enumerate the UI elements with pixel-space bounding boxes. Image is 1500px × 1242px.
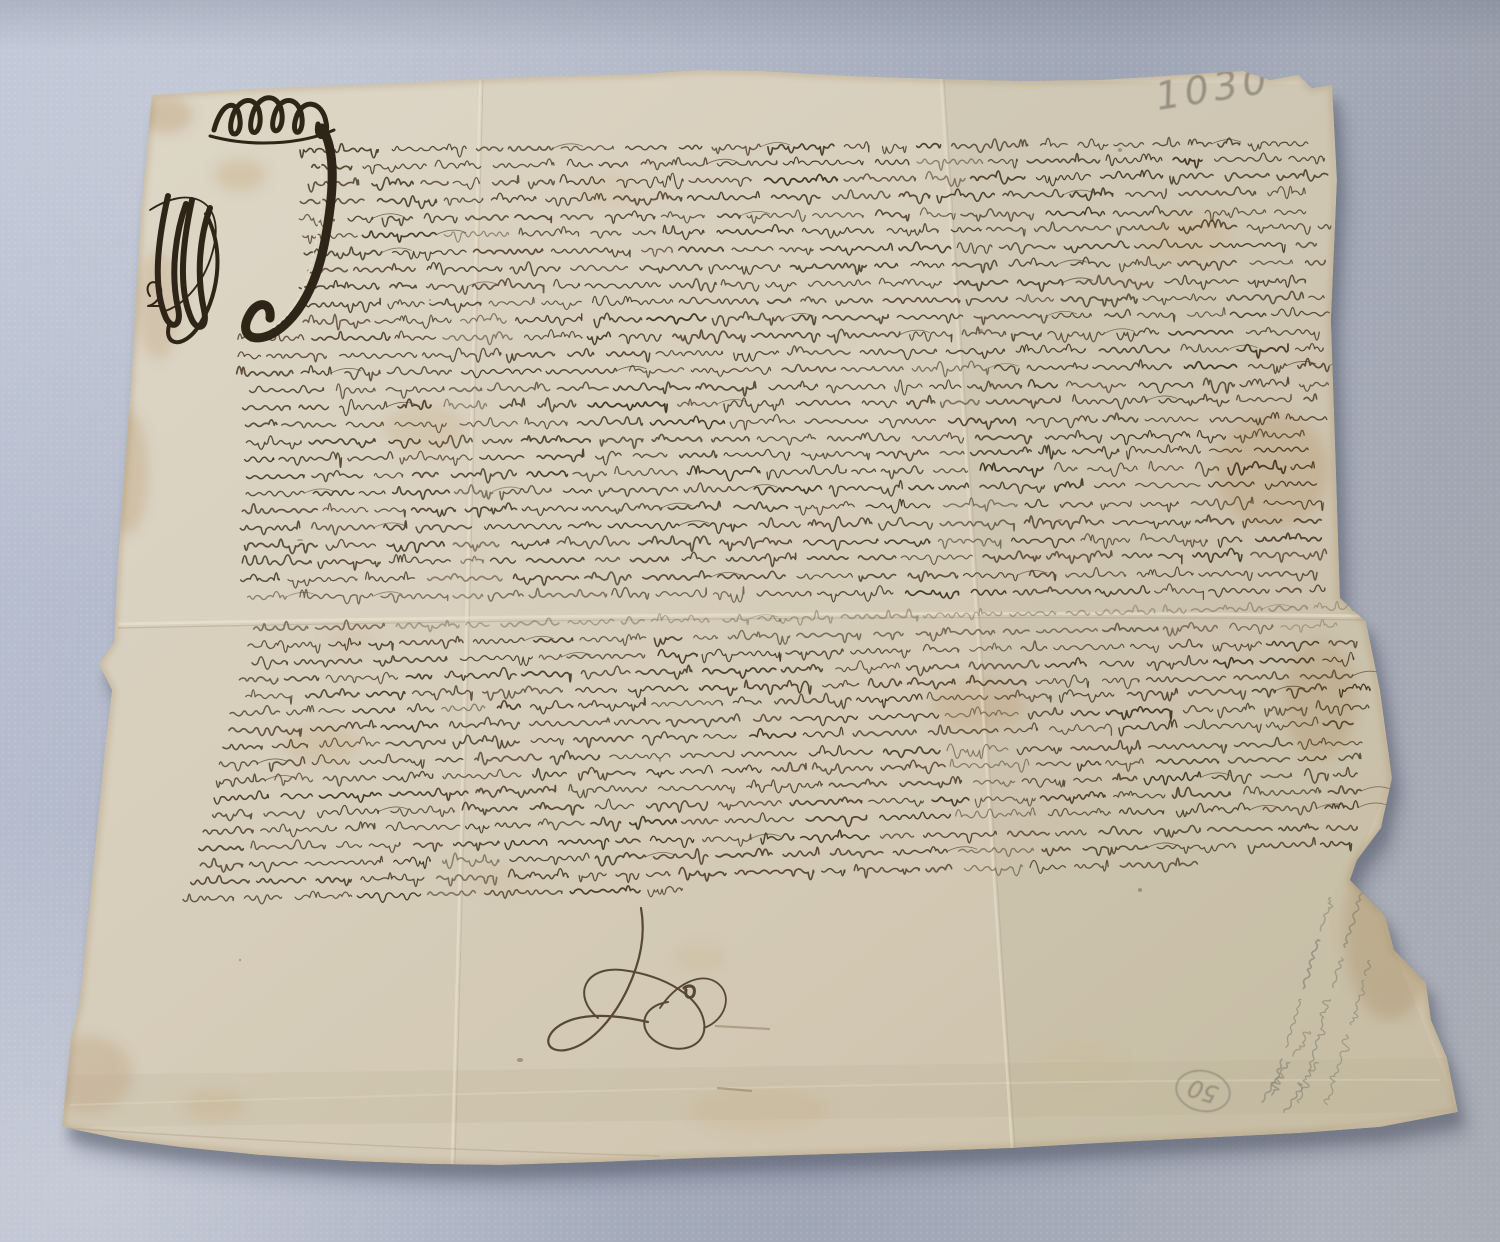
photo-scene: 1030 50 — [0, 0, 1500, 1242]
upper-left-panel-tint — [118, 79, 478, 624]
parchment-photo: 1030 50 — [0, 0, 1500, 1242]
parchment-sheet: 1030 50 — [48, 57, 1458, 1165]
